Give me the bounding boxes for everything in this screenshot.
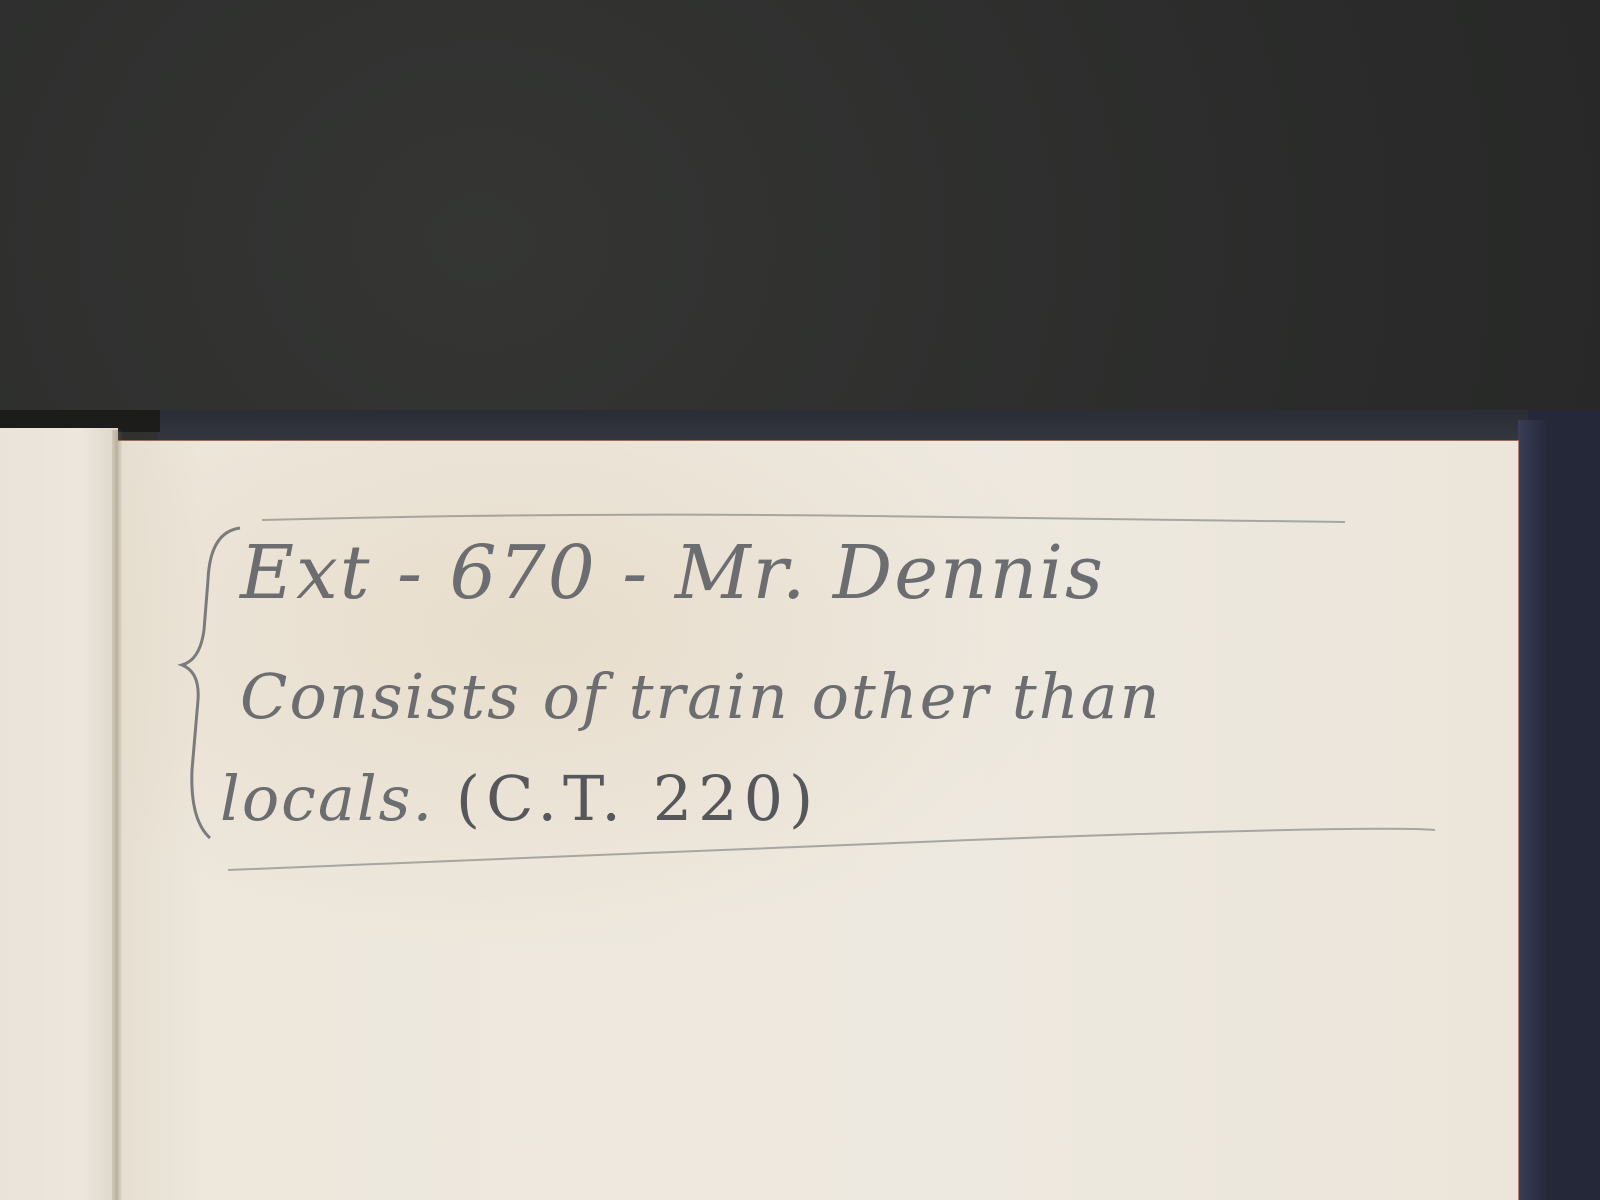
pencil-inscription: Ext - 670 - Mr. Dennis Consists of train… bbox=[170, 500, 1470, 890]
inscription-line-3-text: locals. bbox=[220, 762, 434, 835]
inscription-line-1: Ext - 670 - Mr. Dennis bbox=[240, 530, 1105, 616]
cover-right-edge bbox=[1518, 420, 1548, 1200]
inscription-reference: (C.T. 220) bbox=[456, 762, 819, 835]
inscription-line-3: locals. (C.T. 220) bbox=[220, 762, 819, 835]
page-gutter bbox=[112, 430, 122, 1200]
left-page bbox=[0, 428, 118, 1200]
cover-top-edge bbox=[158, 410, 1528, 440]
inscription-line-2: Consists of train other than bbox=[240, 660, 1162, 733]
